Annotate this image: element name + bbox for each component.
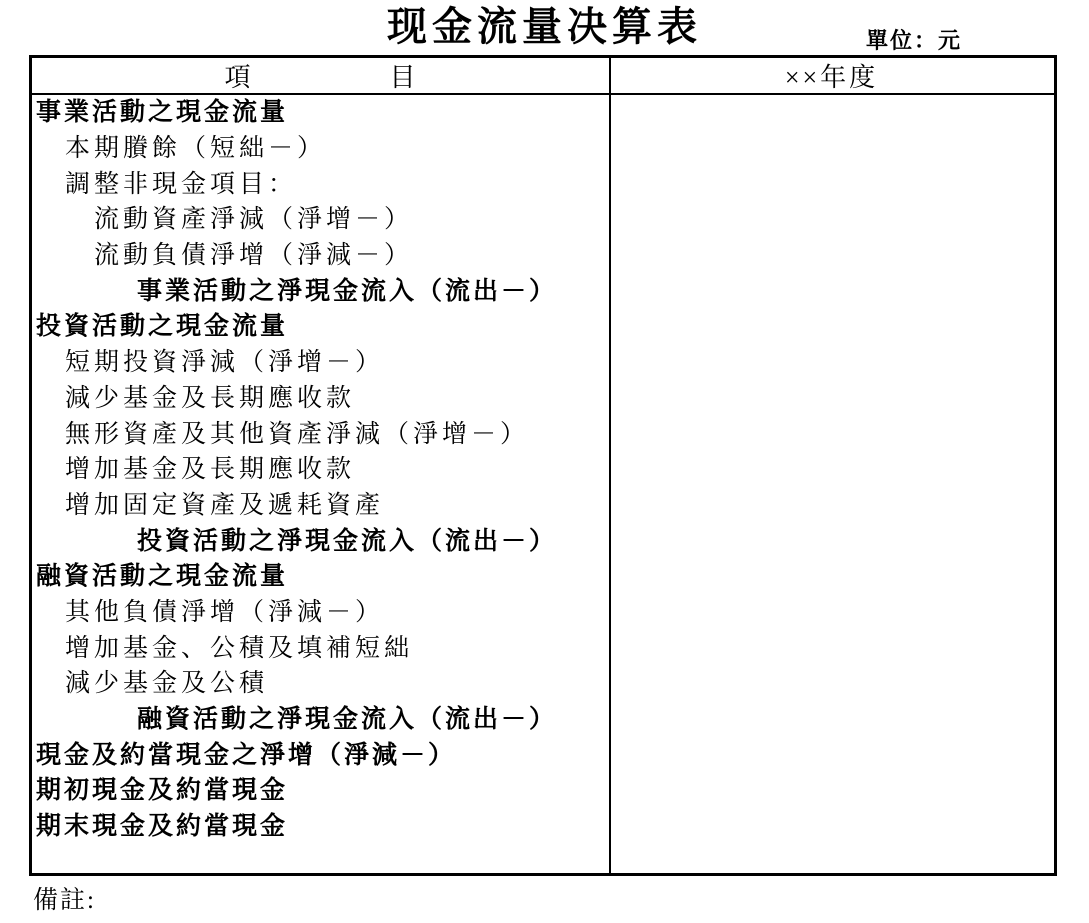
column-divider [609, 58, 611, 873]
table-row: 本期賸餘（短絀－） [32, 131, 1054, 167]
row-label: 融資活動之淨現金流入（流出－） [32, 707, 557, 732]
table-row: 事業活動之現金流量 [32, 95, 1054, 131]
row-label: 減少基金及長期應收款 [32, 386, 355, 411]
row-label: 本期賸餘（短絀－） [32, 136, 326, 161]
table-header-row: 項 目 ××年度 [32, 58, 1054, 95]
table-row: 期末現金及約當現金 [32, 809, 1054, 845]
table-row: 調整非現金項目： [32, 166, 1054, 202]
table-row: 增加基金、公積及填補短絀 [32, 630, 1054, 666]
item-header-char-1: 項 [224, 57, 251, 94]
unit-label: 單位：元 [866, 24, 962, 55]
row-label: 流動負債淨增（淨減－） [32, 243, 413, 268]
table-row: 投資活動之現金流量 [32, 309, 1054, 345]
row-label: 投資活動之淨現金流入（流出－） [32, 529, 557, 554]
row-label: 調整非現金項目： [32, 172, 297, 197]
row-label: 期末現金及約當現金 [32, 814, 288, 839]
row-label: 期初現金及約當現金 [32, 778, 288, 803]
row-label: 融資活動之現金流量 [32, 564, 288, 589]
table-row: 投資活動之淨現金流入（流出－） [32, 523, 1054, 559]
row-label: 增加基金、公積及填補短絀 [32, 636, 413, 661]
table-row: 減少基金及長期應收款 [32, 381, 1054, 417]
item-header-char-2: 目 [390, 57, 417, 94]
table-row: 流動資產淨減（淨增－） [32, 202, 1054, 238]
row-label: 無形資產及其他資產淨減（淨增－） [32, 422, 529, 447]
year-column-header: ××年度 [609, 57, 1054, 94]
row-label: 投資活動之現金流量 [32, 314, 288, 339]
table-row: 融資活動之淨現金流入（流出－） [32, 702, 1054, 738]
table-row: 期初現金及約當現金 [32, 773, 1054, 809]
row-label: 減少基金及公積 [32, 671, 268, 696]
table-row: 事業活動之淨現金流入（流出－） [32, 273, 1054, 309]
row-label: 事業活動之淨現金流入（流出－） [32, 279, 557, 304]
table-row: 短期投資淨減（淨增－） [32, 345, 1054, 381]
table-row: 增加基金及長期應收款 [32, 452, 1054, 488]
item-column-header: 項 目 [32, 57, 609, 94]
row-label: 現金及約當現金之淨增（淨減－） [32, 743, 456, 768]
table-row: 現金及約當現金之淨增（淨減－） [32, 737, 1054, 773]
row-label: 其他負債淨增（淨減－） [32, 600, 384, 625]
table-row: 無形資產及其他資產淨減（淨增－） [32, 416, 1054, 452]
row-label: 增加固定資產及遞耗資產 [32, 493, 384, 518]
table-body: 事業活動之現金流量 本期賸餘（短絀－） 調整非現金項目： 流動資產淨減（淨增－）… [32, 95, 1054, 844]
table-row: 流動負債淨增（淨減－） [32, 238, 1054, 274]
table-row: 融資活動之現金流量 [32, 559, 1054, 595]
row-label: 短期投資淨減（淨增－） [32, 350, 384, 375]
row-label: 事業活動之現金流量 [32, 100, 288, 125]
table-row: 其他負債淨增（淨減－） [32, 595, 1054, 631]
row-label: 流動資產淨減（淨增－） [32, 207, 413, 232]
table-row: 減少基金及公積 [32, 666, 1054, 702]
cash-flow-table: 項 目 ××年度 事業活動之現金流量 本期賸餘（短絀－） 調整非現金項目： 流動… [29, 55, 1057, 876]
row-label: 增加基金及長期應收款 [32, 457, 355, 482]
table-row: 增加固定資產及遞耗資產 [32, 488, 1054, 524]
remarks-label: 備註: [33, 880, 96, 916]
